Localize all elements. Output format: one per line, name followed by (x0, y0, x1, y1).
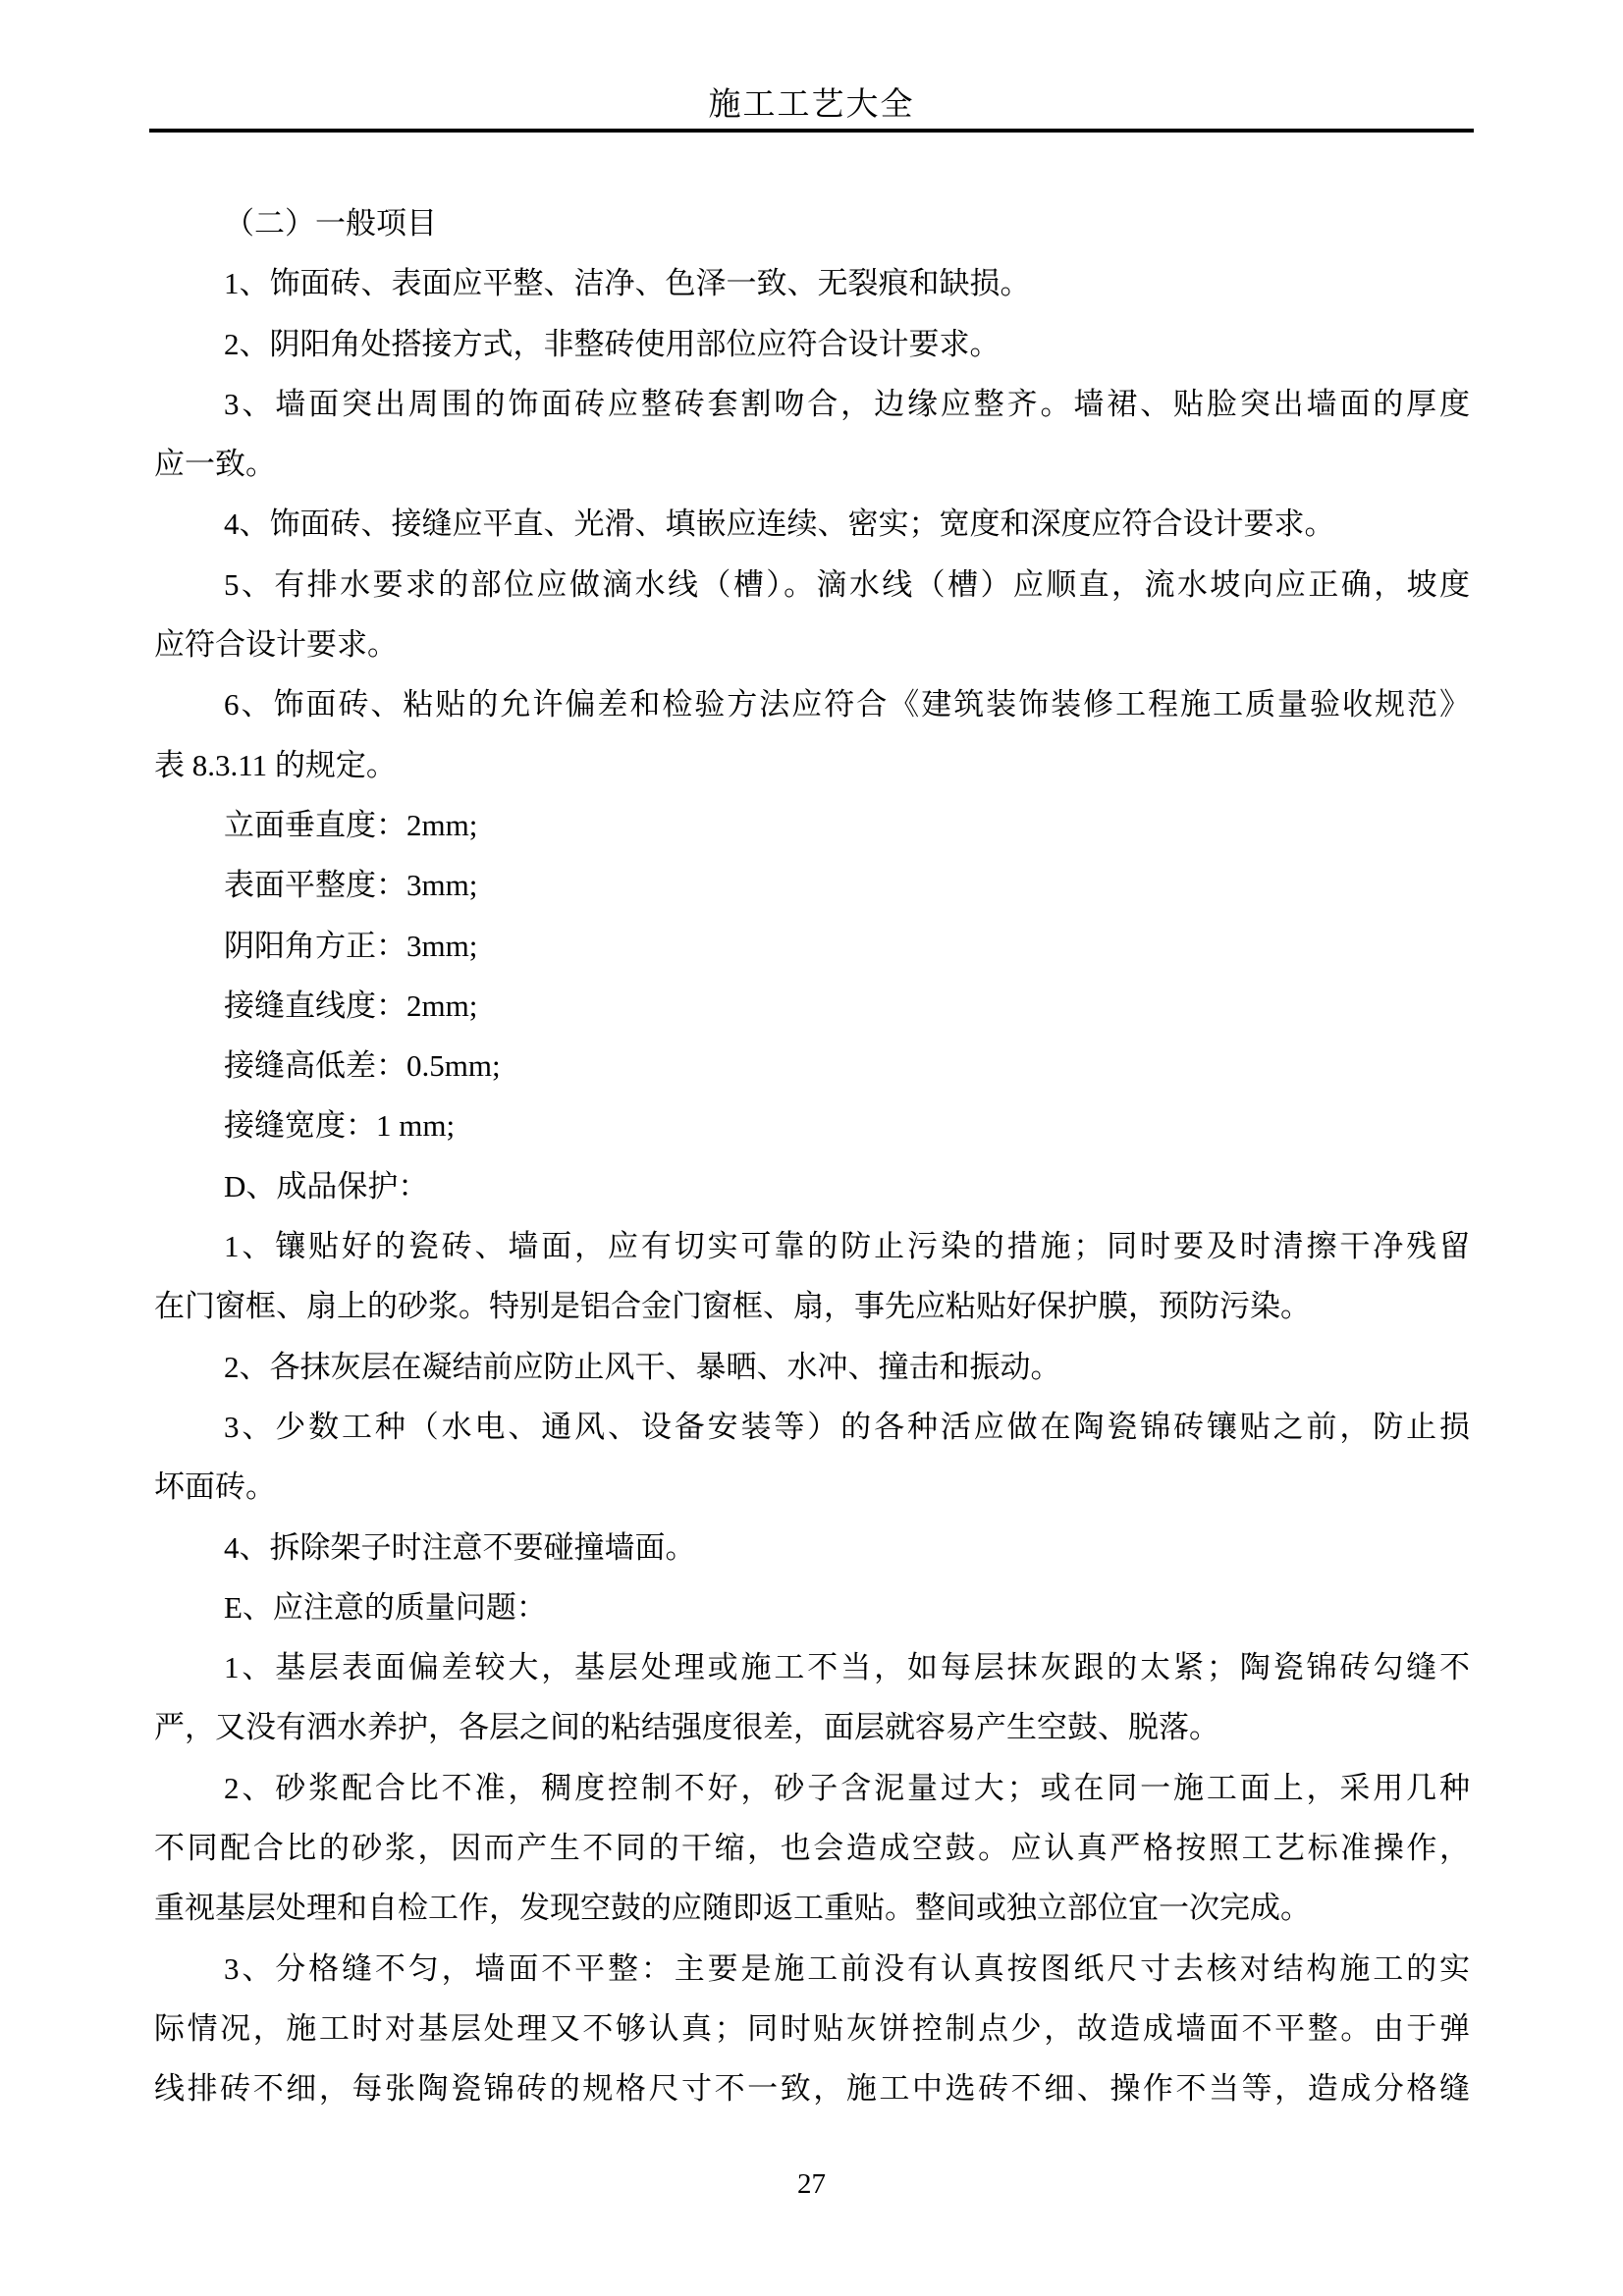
header-divider-rule (149, 129, 1474, 133)
text-line: 2、阴阳角处搭接方式，非整砖使用部位应符合设计要求。 (154, 314, 1470, 374)
text-line: 1、基层表面偏差较大，基层处理或施工不当，如每层抹灰跟的太紧；陶瓷锦砖勾缝不 (154, 1637, 1470, 1697)
page-header-title: 施工工艺大全 (0, 84, 1623, 126)
text-line: D、成品保护： (154, 1156, 1470, 1216)
text-line: 2、砂浆配合比不准，稠度控制不好，砂子含泥量过大；或在同一施工面上，采用几种 (154, 1758, 1470, 1818)
text-line: 表 8.3.11 的规定。 (154, 735, 1470, 795)
text-line: 3、墙面突出周围的饰面砖应整砖套割吻合，边缘应整齐。墙裙、贴脸突出墙面的厚度 (154, 374, 1470, 434)
text-line: 5、有排水要求的部位应做滴水线（槽）。滴水线（槽）应顺直，流水坡向应正确，坡度 (154, 555, 1470, 614)
text-line: 接缝高低差：0.5mm; (154, 1036, 1470, 1095)
text-line: 立面垂直度：2mm; (154, 795, 1470, 855)
text-line: 6、饰面砖、粘贴的允许偏差和检验方法应符合《建筑装饰装修工程施工质量验收规范》 (154, 674, 1470, 734)
text-line: 2、各抹灰层在凝结前应防止风干、暴晒、水冲、撞击和振动。 (154, 1337, 1470, 1397)
text-line: 4、饰面砖、接缝应平直、光滑、填嵌应连续、密实；宽度和深度应符合设计要求。 (154, 494, 1470, 554)
text-line: 际情况，施工时对基层处理又不够认真；同时贴灰饼控制点少，故造成墙面不平整。由于弹 (154, 1999, 1470, 2058)
text-line: 3、分格缝不匀，墙面不平整：主要是施工前没有认真按图纸尺寸去核对结构施工的实 (154, 1939, 1470, 1999)
text-line: 坏面砖。 (154, 1457, 1470, 1517)
text-line: 接缝直线度：2mm; (154, 976, 1470, 1036)
text-line: 重视基层处理和自检工作，发现空鼓的应随即返工重贴。整间或独立部位宜一次完成。 (154, 1878, 1470, 1938)
text-line: 在门窗框、扇上的砂浆。特别是铝合金门窗框、扇，事先应粘贴好保护膜，预防污染。 (154, 1276, 1470, 1336)
text-line: 1、饰面砖、表面应平整、洁净、色泽一致、无裂痕和缺损。 (154, 253, 1470, 313)
text-line: 应符合设计要求。 (154, 614, 1470, 674)
text-line: 4、拆除架子时注意不要碰撞墙面。 (154, 1518, 1470, 1577)
document-body: （二）一般项目1、饰面砖、表面应平整、洁净、色泽一致、无裂痕和缺损。2、阴阳角处… (154, 193, 1470, 2119)
text-line: 线排砖不细，每张陶瓷锦砖的规格尺寸不一致，施工中选砖不细、操作不当等，造成分格缝 (154, 2058, 1470, 2118)
text-line: 接缝宽度：1 mm; (154, 1095, 1470, 1155)
text-line: 应一致。 (154, 434, 1470, 494)
text-line: 不同配合比的砂浆，因而产生不同的干缩，也会造成空鼓。应认真严格按照工艺标准操作， (154, 1818, 1470, 1878)
page-number: 27 (0, 2164, 1623, 2204)
text-line: 1、镶贴好的瓷砖、墙面，应有切实可靠的防止污染的措施；同时要及时清擦干净残留 (154, 1216, 1470, 1276)
text-line: 表面平整度：3mm; (154, 855, 1470, 915)
text-line: 阴阳角方正：3mm; (154, 916, 1470, 976)
text-line: （二）一般项目 (154, 193, 1470, 253)
text-line: E、应注意的质量问题： (154, 1577, 1470, 1637)
text-line: 3、少数工种（水电、通风、设备安装等）的各种活应做在陶瓷锦砖镶贴之前，防止损 (154, 1397, 1470, 1457)
document-page: 施工工艺大全 （二）一般项目1、饰面砖、表面应平整、洁净、色泽一致、无裂痕和缺损… (0, 0, 1623, 2296)
text-line: 严，又没有洒水养护，各层之间的粘结强度很差，面层就容易产生空鼓、脱落。 (154, 1697, 1470, 1757)
